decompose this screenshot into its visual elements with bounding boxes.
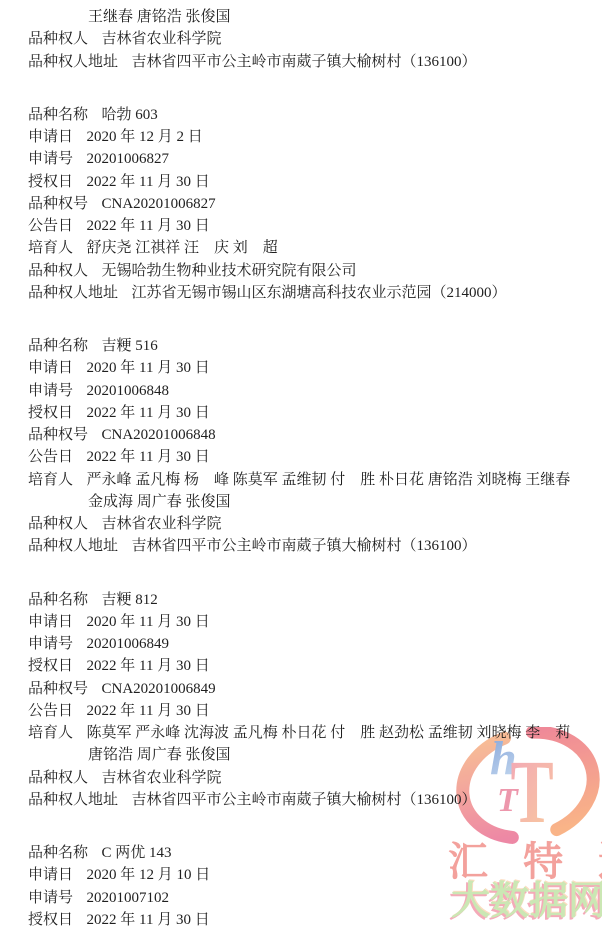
field-label: 授权日 (28, 912, 73, 928)
field-label: 品种权人地址 (28, 285, 118, 301)
field-row: 申请号20201006849 (0, 633, 602, 655)
field-label: 公告日 (28, 449, 73, 465)
field-label: 申请日 (28, 867, 73, 883)
field-label: 公告日 (28, 218, 73, 234)
field-row: 品种权人吉林省农业科学院 (0, 28, 602, 50)
field-row: 品种权人地址吉林省四平市公主岭市南葳子镇大榆树村（136100） (0, 789, 602, 811)
field-label: 公告日 (28, 703, 73, 719)
field-value: CNA20201006827 (102, 196, 216, 212)
field-value: 2022 年 11 月 30 日 (87, 405, 210, 421)
field-label: 品种权人地址 (28, 792, 118, 808)
field-label: 培育人 (28, 472, 73, 488)
field-row: 品种权号CNA20201006827 (0, 193, 602, 215)
field-value-continuation-row: 唐铭浩 周广春 张俊国 (0, 744, 602, 766)
field-label: 品种权人 (28, 516, 88, 532)
field-value-continuation-row: 金成海 周广春 张俊国 (0, 491, 602, 513)
field-value: 舒庆尧 江祺祥 汪 庆 刘 超 (87, 240, 278, 256)
field-label: 授权日 (28, 174, 73, 190)
record-jijing-516: 品种名称吉粳 516申请日2020 年 11 月 30 日申请号20201006… (0, 335, 602, 558)
field-value: 2020 年 11 月 30 日 (87, 360, 210, 376)
field-label: 品种权人 (28, 770, 88, 786)
field-label: 授权日 (28, 405, 73, 421)
field-value: CNA20201006849 (102, 681, 216, 697)
field-value: C 两优 143 (102, 845, 172, 861)
field-value: 金成海 周广春 张俊国 (88, 494, 231, 510)
field-value: 2022 年 11 月 30 日 (87, 218, 210, 234)
field-value: 吉林省农业科学院 (102, 31, 222, 47)
field-value: 吉林省农业科学院 (102, 770, 222, 786)
field-value: 吉林省四平市公主岭市南葳子镇大榆树村（136100） (132, 792, 477, 808)
field-label: 品种权人 (28, 263, 88, 279)
field-label: 品种名称 (28, 845, 88, 861)
field-value: 2022 年 11 月 30 日 (87, 449, 210, 465)
field-value: 2022 年 11 月 30 日 (87, 703, 210, 719)
field-label: 申请号 (28, 636, 73, 652)
field-row: 公告日2022 年 11 月 30 日 (0, 215, 602, 237)
field-row: 品种权人地址吉林省四平市公主岭市南葳子镇大榆树村（136100） (0, 51, 602, 73)
field-value: 无锡哈勃生物种业技术研究院有限公司 (102, 263, 357, 279)
field-row: 公告日2022 年 11 月 30 日 (0, 700, 602, 722)
field-row: 品种名称吉粳 812 (0, 589, 602, 611)
field-label: 培育人 (28, 240, 73, 256)
field-row: 品种权人地址吉林省四平市公主岭市南葳子镇大榆树村（136100） (0, 535, 602, 557)
field-row: 申请日2020 年 11 月 30 日 (0, 611, 602, 633)
field-label: 申请号 (28, 151, 73, 167)
field-row: 品种权人无锡哈勃生物种业技术研究院有限公司 (0, 260, 602, 282)
field-value: 20201006848 (87, 383, 170, 399)
field-row: 培育人陈莫军 严永峰 沈海波 孟凡梅 朴日花 付 胜 赵劲松 孟维韧 刘晓梅 李… (0, 722, 602, 744)
field-label: 品种权人地址 (28, 54, 118, 70)
field-value: 王继春 唐铭浩 张俊国 (88, 9, 231, 25)
record-partial-top: 王继春 唐铭浩 张俊国品种权人吉林省农业科学院品种权人地址吉林省四平市公主岭市南… (0, 6, 602, 73)
field-row: 授权日2022 年 11 月 30 日 (0, 402, 602, 424)
field-label: 申请日 (28, 360, 73, 376)
record-c-liangyou-143: 品种名称C 两优 143申请日2020 年 12 月 10 日申请号202010… (0, 842, 602, 931)
field-value: 2020 年 12 月 2 日 (87, 129, 203, 145)
field-label: 品种权号 (28, 196, 88, 212)
field-row: 申请号20201006848 (0, 380, 602, 402)
field-value: 陈莫军 严永峰 沈海波 孟凡梅 朴日花 付 胜 赵劲松 孟维韧 刘晓梅 李 莉 (87, 725, 571, 741)
field-row: 品种名称吉粳 516 (0, 335, 602, 357)
record-habo-603: 品种名称哈勃 603申请日2020 年 12 月 2 日申请号202010068… (0, 104, 602, 304)
field-row: 申请号20201006827 (0, 148, 602, 170)
field-row: 授权日2022 年 11 月 30 日 (0, 909, 602, 931)
field-value: 20201007102 (87, 890, 170, 906)
field-row: 品种权人吉林省农业科学院 (0, 767, 602, 789)
field-value: 2022 年 11 月 30 日 (87, 174, 210, 190)
record-jijing-812: 品种名称吉粳 812申请日2020 年 11 月 30 日申请号20201006… (0, 589, 602, 812)
field-label: 品种权人地址 (28, 538, 118, 554)
field-row: 品种名称哈勃 603 (0, 104, 602, 126)
field-label: 申请号 (28, 890, 73, 906)
field-row: 培育人舒庆尧 江祺祥 汪 庆 刘 超 (0, 237, 602, 259)
field-value: 吉粳 812 (102, 592, 158, 608)
field-row: 申请日2020 年 11 月 30 日 (0, 357, 602, 379)
field-row: 培育人严永峰 孟凡梅 杨 峰 陈莫军 孟维韧 付 胜 朴日花 唐铭浩 刘晓梅 王… (0, 469, 602, 491)
field-row: 申请日2020 年 12 月 10 日 (0, 864, 602, 886)
field-row: 授权日2022 年 11 月 30 日 (0, 655, 602, 677)
document-content: 王继春 唐铭浩 张俊国品种权人吉林省农业科学院品种权人地址吉林省四平市公主岭市南… (0, 6, 602, 931)
field-value: 江苏省无锡市锡山区东湖塘高科技农业示范园（214000） (132, 285, 507, 301)
field-value: 2020 年 12 月 10 日 (87, 867, 211, 883)
field-value: CNA20201006848 (102, 427, 216, 443)
field-label: 品种名称 (28, 592, 88, 608)
field-row: 申请号20201007102 (0, 887, 602, 909)
field-value: 2022 年 11 月 30 日 (87, 912, 210, 928)
field-label: 品种权人 (28, 31, 88, 47)
field-value: 20201006827 (87, 151, 170, 167)
field-row: 品种名称C 两优 143 (0, 842, 602, 864)
field-value: 2020 年 11 月 30 日 (87, 614, 210, 630)
field-value: 严永峰 孟凡梅 杨 峰 陈莫军 孟维韧 付 胜 朴日花 唐铭浩 刘晓梅 王继春 (87, 472, 571, 488)
field-value-continuation-row: 王继春 唐铭浩 张俊国 (0, 6, 602, 28)
document-page: h T T 汇 特 通 大数据网 王继春 唐铭浩 张俊国品种权人吉林省农业科学院… (0, 0, 602, 931)
field-row: 公告日2022 年 11 月 30 日 (0, 446, 602, 468)
field-value: 吉粳 516 (102, 338, 158, 354)
field-value: 吉林省四平市公主岭市南葳子镇大榆树村（136100） (132, 538, 477, 554)
field-row: 品种权号CNA20201006848 (0, 424, 602, 446)
field-label: 品种名称 (28, 107, 88, 123)
field-label: 品种名称 (28, 338, 88, 354)
field-row: 品种权人吉林省农业科学院 (0, 513, 602, 535)
field-value: 唐铭浩 周广春 张俊国 (88, 747, 231, 763)
field-label: 申请号 (28, 383, 73, 399)
field-row: 品种权号CNA20201006849 (0, 678, 602, 700)
field-value: 2022 年 11 月 30 日 (87, 658, 210, 674)
field-label: 授权日 (28, 658, 73, 674)
field-row: 品种权人地址江苏省无锡市锡山区东湖塘高科技农业示范园（214000） (0, 282, 602, 304)
field-value: 吉林省四平市公主岭市南葳子镇大榆树村（136100） (132, 54, 477, 70)
field-label: 品种权号 (28, 681, 88, 697)
field-label: 品种权号 (28, 427, 88, 443)
field-label: 申请日 (28, 614, 73, 630)
field-value: 吉林省农业科学院 (102, 516, 222, 532)
field-value: 哈勃 603 (102, 107, 158, 123)
field-row: 申请日2020 年 12 月 2 日 (0, 126, 602, 148)
field-value: 20201006849 (87, 636, 170, 652)
field-row: 授权日2022 年 11 月 30 日 (0, 171, 602, 193)
field-label: 培育人 (28, 725, 73, 741)
field-label: 申请日 (28, 129, 73, 145)
